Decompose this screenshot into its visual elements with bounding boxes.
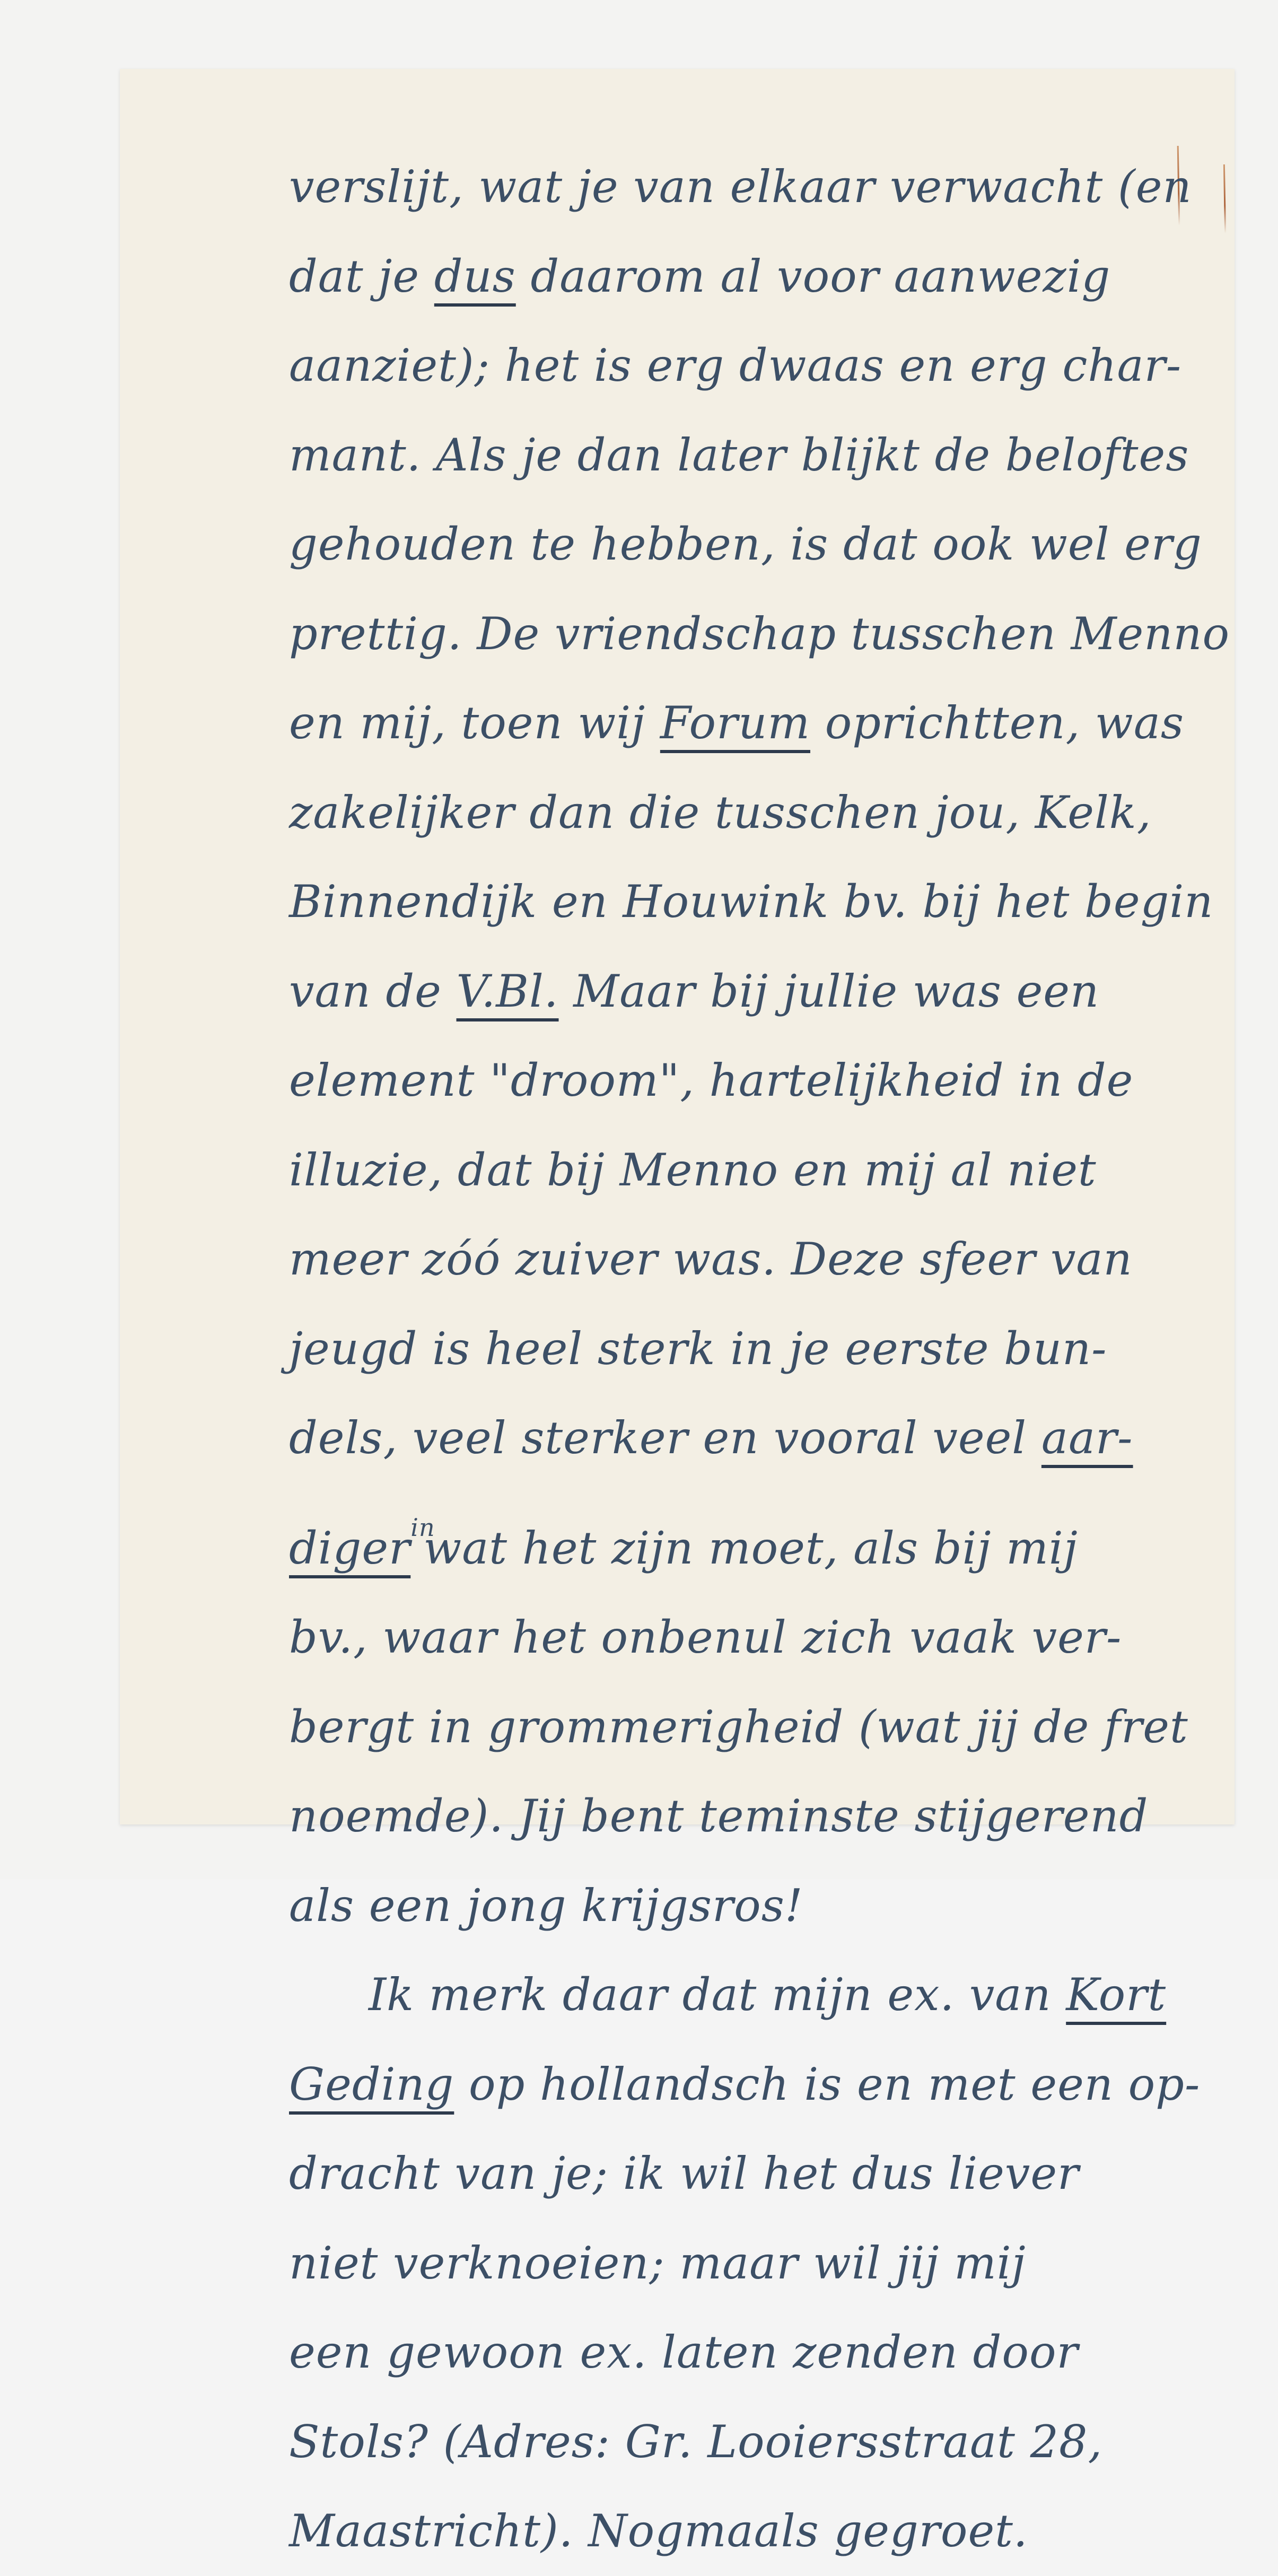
line-segment: dat je xyxy=(289,250,434,302)
letter-line: jeugd is heel sterk in je eerste bun- xyxy=(289,1304,1206,1394)
letter-line: bergt in grommerigheid (wat jij de fret xyxy=(289,1682,1206,1772)
underlined-word: V.Bl. xyxy=(457,965,559,1017)
line-segment: van de xyxy=(289,965,457,1017)
underlined-word: aar- xyxy=(1041,1412,1133,1464)
letter-line: aanziet); het is erg dwaas en erg char- xyxy=(289,321,1206,411)
letter-line: noemde). Jij bent teminste stijgerend xyxy=(289,1771,1206,1861)
rust-stain-mark xyxy=(1223,164,1226,233)
line-segment: daarom al voor aanwezig xyxy=(516,250,1111,302)
letter-line: zakelijker dan die tusschen jou, Kelk, xyxy=(289,768,1206,858)
letter-line: digerin wat het zijn moet, als bij mij xyxy=(289,1483,1206,1593)
letter-line: element "droom", hartelijkheid in de xyxy=(289,1036,1206,1125)
letter-line: gehouden te hebben, is dat ook wel erg xyxy=(289,500,1206,589)
line-segment: dels, veel sterker en vooral veel xyxy=(289,1412,1041,1464)
letter-line: meer zóó zuiver was. Deze sfeer van xyxy=(289,1215,1206,1304)
letter-line: Binnendijk en Houwink bv. bij het begin xyxy=(289,857,1206,947)
line-segment: oprichtten, was xyxy=(810,697,1184,749)
letter-line: bv., waar het onbenul zich vaak ver- xyxy=(289,1593,1206,1682)
underlined-word: dus xyxy=(434,250,516,302)
letter-line: dels, veel sterker en vooral veel aar- xyxy=(289,1393,1206,1483)
handwritten-letter-body: verslijt, wat je van elkaar verwacht (en… xyxy=(289,142,1206,1879)
letter-line: van de V.Bl. Maar bij jullie was een xyxy=(289,947,1206,1036)
letter-line: dat je dus daarom al voor aanwezig xyxy=(289,232,1206,321)
letter-line: als een jong krijgsros! xyxy=(289,1861,1206,1880)
letter-line: prettig. De vriendschap tusschen Menno xyxy=(289,589,1206,679)
line-segment: Maar bij jullie was een xyxy=(559,965,1100,1017)
underlined-word: diger xyxy=(289,1522,410,1574)
line-segment: en mij, toen wij xyxy=(289,697,660,749)
letter-line: en mij, toen wij Forum oprichtten, was xyxy=(289,678,1206,768)
underlined-word: Forum xyxy=(660,697,810,749)
letter-line: mant. Als je dan later blijkt de belofte… xyxy=(289,411,1206,500)
letter-line: verslijt, wat je van elkaar verwacht (en xyxy=(289,142,1206,232)
line-segment: wat het zijn moet, als bij mij xyxy=(409,1522,1078,1574)
letter-line: illuzie, dat bij Menno en mij al niet xyxy=(289,1125,1206,1215)
